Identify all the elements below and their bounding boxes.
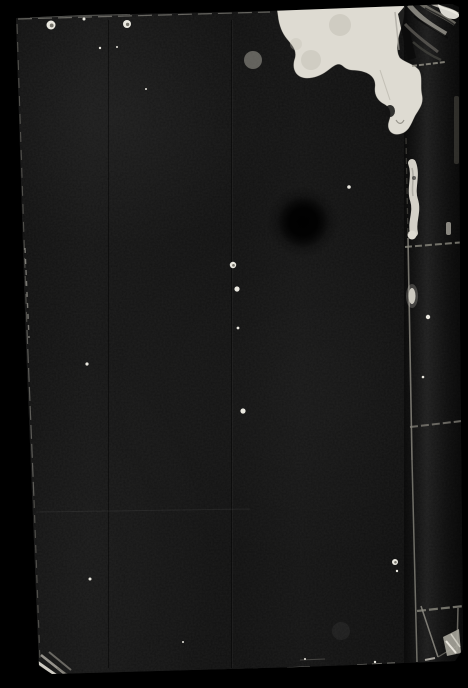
fore-edge-marks [446, 96, 459, 650]
dark-ink-stain [267, 186, 340, 259]
faint-smudge [332, 622, 350, 640]
edge-wear-highlights [17, 12, 395, 671]
damage-overlay [0, 0, 468, 688]
torn-paper-patch [244, 6, 422, 134]
white-specks [47, 18, 431, 664]
paper-shred-streak [408, 163, 417, 240]
paper-curl-hole [385, 105, 395, 117]
bottom-right-corner-wear [421, 606, 461, 660]
bottom-left-corner-wear [26, 652, 71, 677]
scanned-book-cover-photo [0, 0, 468, 688]
crumpled-paper-texture [398, 3, 460, 60]
